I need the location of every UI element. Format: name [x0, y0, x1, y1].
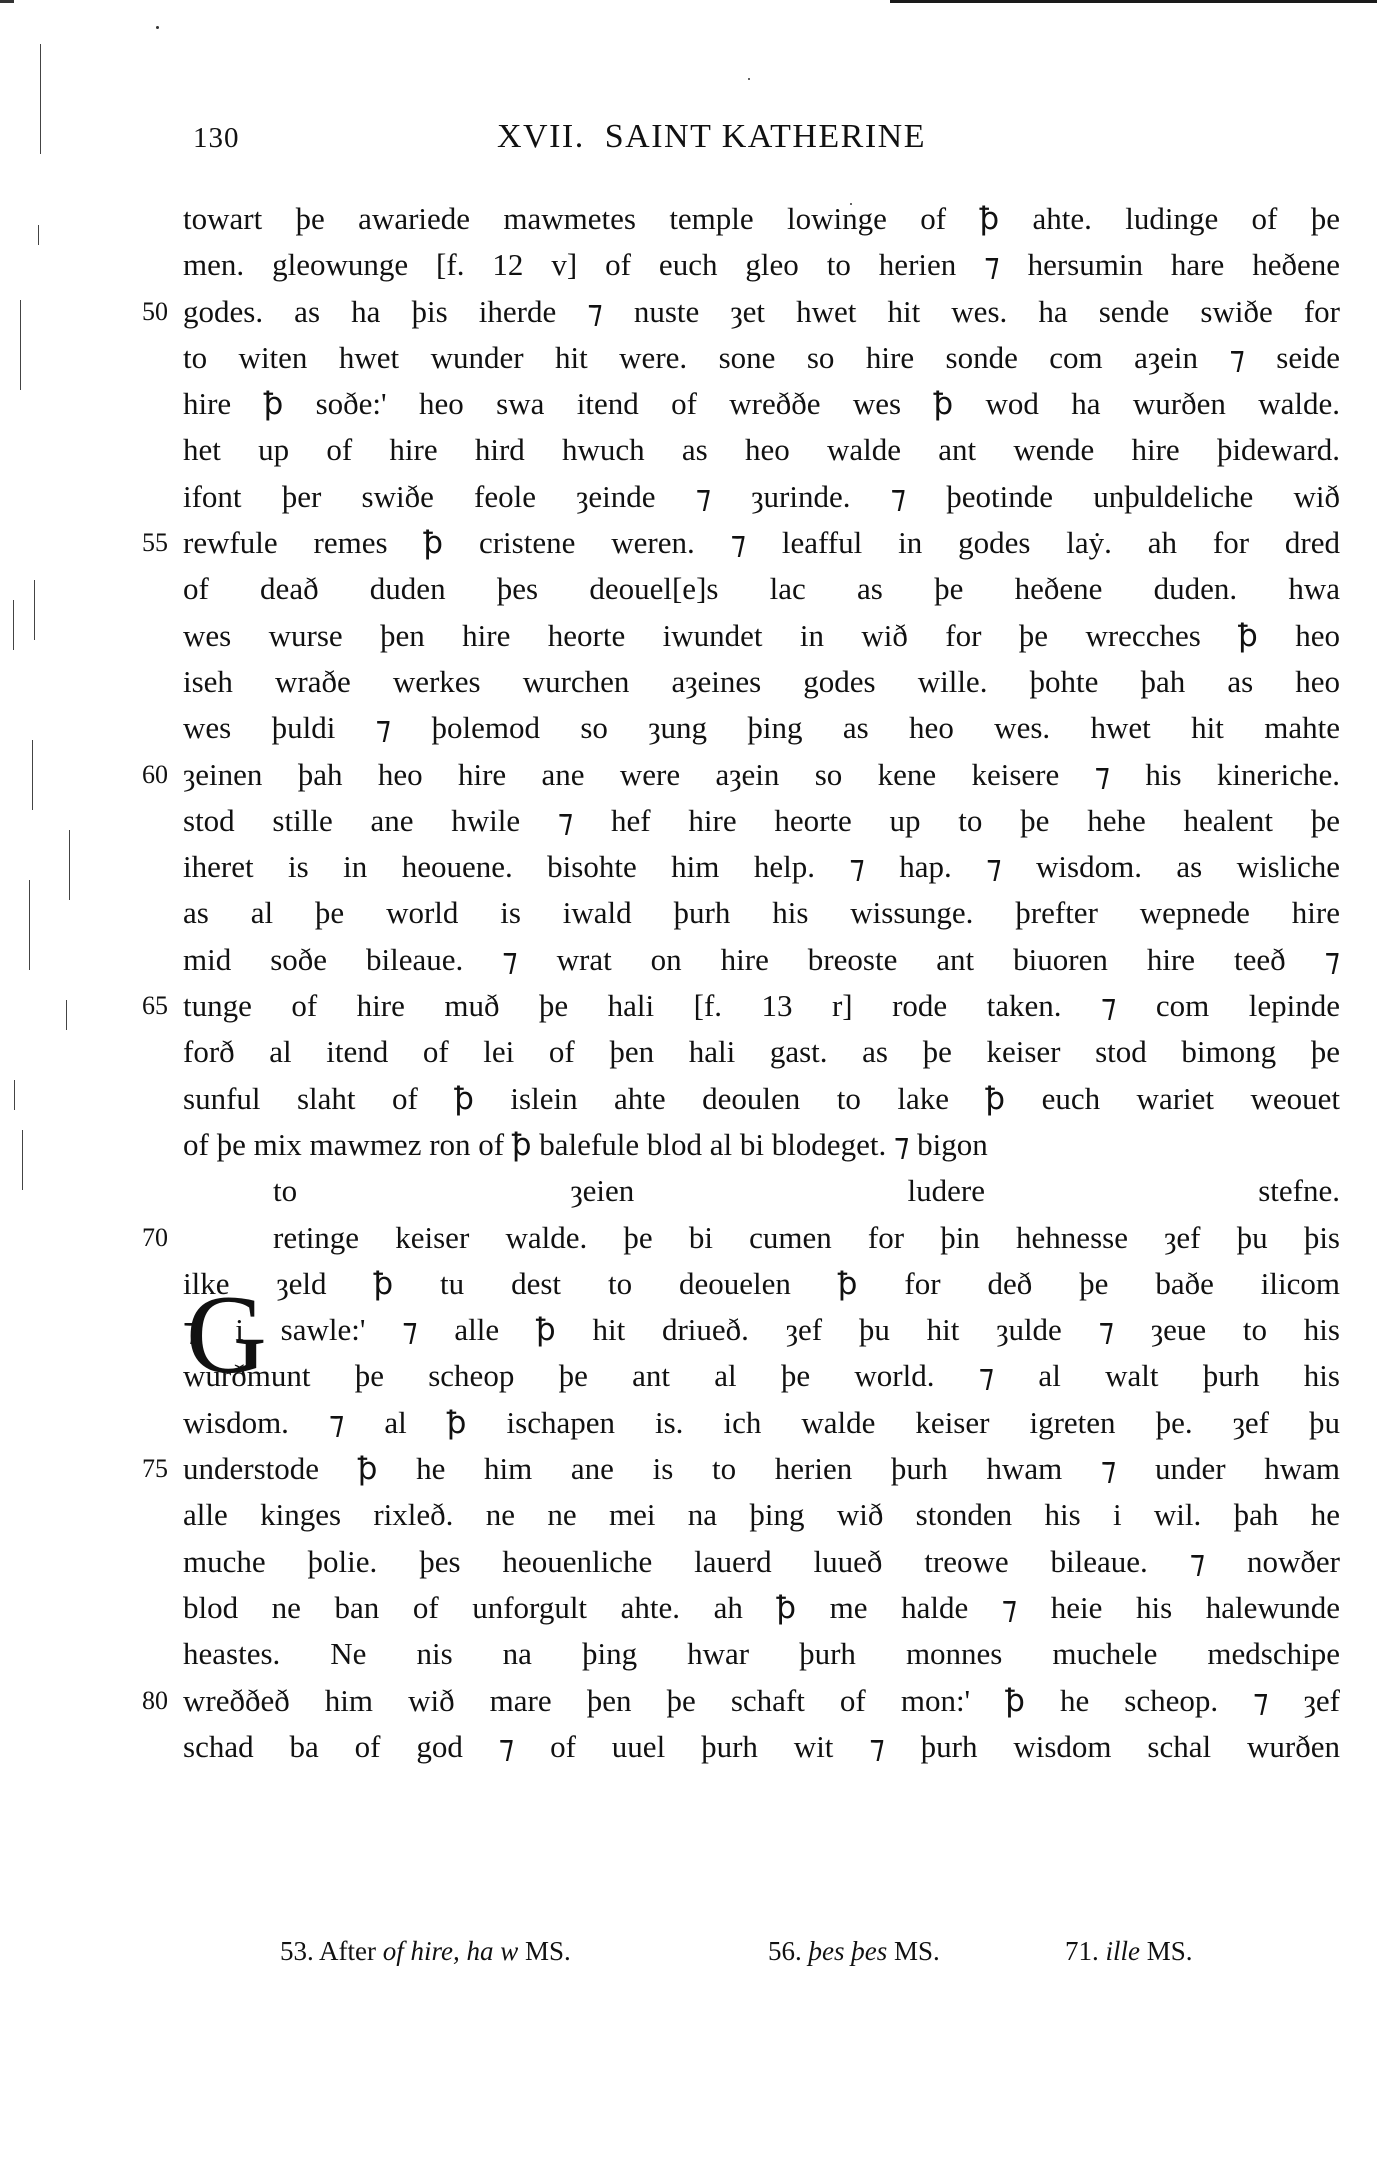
- line-text: blod ne ban of unforgult ahte. ah ꝥ me h…: [183, 1585, 1340, 1631]
- running-head-title: XVII. SAINT KATHERINE: [497, 118, 926, 156]
- footnote-italic: of hire, ha w: [383, 1936, 519, 1966]
- line-text: as al þe world is iwald þurh his wissung…: [183, 890, 1340, 936]
- text-line: wes þuldi ⁊ þolemod so ȝung þing as heo …: [0, 705, 1377, 751]
- line-text: forð al itend of lei of þen hali gast. a…: [183, 1029, 1340, 1075]
- text-line: het up of hire hird hwuch as heo walde a…: [0, 427, 1377, 473]
- line-number: 70: [142, 1215, 182, 1261]
- text-line: ⁊ i sawle:' ⁊ alle ꝥ hit driueð. ȝef þu …: [0, 1307, 1377, 1353]
- line-text: mid soðe bileaue. ⁊ wrat on hire breoste…: [183, 937, 1340, 983]
- scan-artifact: [0, 0, 14, 3]
- line-text: ⁊ i sawle:' ⁊ alle ꝥ hit driueð. ȝef þu …: [183, 1307, 1340, 1353]
- text-line: men. gleowunge [f. 12 v] of euch gleo to…: [0, 242, 1377, 288]
- line-text: alle kinges rixleð. ne ne mei na þing wi…: [183, 1492, 1340, 1538]
- body-text: towart þe awariede mawmetes temple lowin…: [0, 196, 1377, 1770]
- line-text: sunful slaht of ꝥ islein ahte deoulen to…: [183, 1076, 1340, 1122]
- text-line: 55rewfule remes ꝥ cristene weren. ⁊ leaf…: [0, 520, 1377, 566]
- text-line: iheret is in heouene. bisohte him help. …: [0, 844, 1377, 890]
- text-line: 65tunge of hire muð þe hali [f. 13 r] ro…: [0, 983, 1377, 1029]
- line-text: wreððeð him wið mare þen þe schaft of mo…: [183, 1678, 1340, 1724]
- text-line: 80wreððeð him wið mare þen þe schaft of …: [0, 1678, 1377, 1724]
- text-line: forð al itend of lei of þen hali gast. a…: [0, 1029, 1377, 1075]
- text-line: 50godes. as ha þis iherde ⁊ nuste ȝet hw…: [0, 289, 1377, 335]
- footnotes: 53. After of hire, ha w MS. 56. þes þes …: [0, 1936, 1377, 1976]
- text-line: wisdom. ⁊ al ꝥ ischapen is. ich walde ke…: [0, 1400, 1377, 1446]
- text-line: towart þe awariede mawmetes temple lowin…: [0, 196, 1377, 242]
- line-text: towart þe awariede mawmetes temple lowin…: [183, 196, 1340, 242]
- page-number: 130: [193, 122, 240, 155]
- text-line: heastes. Ne nis na þing hwar þurh monnes…: [0, 1631, 1377, 1677]
- text-line: muche þolie. þes heouenliche lauerd luue…: [0, 1539, 1377, 1585]
- text-line: stod stille ane hwile ⁊ hef hire heorte …: [0, 798, 1377, 844]
- footnote-number: 71.: [1065, 1936, 1099, 1966]
- line-text: godes. as ha þis iherde ⁊ nuste ȝet hwet…: [183, 289, 1340, 335]
- line-text: schad ba of god ⁊ of uuel þurh wit ⁊ þur…: [183, 1724, 1340, 1770]
- footnote-56: 56. þes þes MS.: [768, 1936, 940, 1967]
- line-text: understode ꝥ he him ane is to herien þur…: [183, 1446, 1340, 1492]
- footnote-53: 53. After of hire, ha w MS.: [280, 1936, 571, 1967]
- line-number: 65: [142, 983, 182, 1029]
- line-number: 50: [142, 289, 182, 335]
- line-text: to ȝeien ludere stefne.: [273, 1168, 1340, 1214]
- text-line: 70retinge keiser walde. þe bi cumen for …: [0, 1215, 1377, 1261]
- page-header: 130 XVII. SAINT KATHERINE: [0, 118, 1377, 166]
- text-line: iseh wraðe werkes wurchen aȝeines godes …: [0, 659, 1377, 705]
- text-line: 60ȝeinen þah heo hire ane were aȝein so …: [0, 752, 1377, 798]
- line-text: of deað duden þes deouel[e]s lac as þe h…: [183, 566, 1340, 612]
- line-text: iseh wraðe werkes wurchen aȝeines godes …: [183, 659, 1340, 705]
- text-line: sunful slaht of ꝥ islein ahte deoulen to…: [0, 1076, 1377, 1122]
- line-text: men. gleowunge [f. 12 v] of euch gleo to…: [183, 242, 1340, 288]
- line-text: tunge of hire muð þe hali [f. 13 r] rode…: [183, 983, 1340, 1029]
- line-text: muche þolie. þes heouenliche lauerd luue…: [183, 1539, 1340, 1585]
- line-text: to witen hwet wunder hit were. sone so h…: [183, 335, 1340, 381]
- line-text: of þe mix mawmez ron of ꝥ balefule blod …: [183, 1122, 1340, 1168]
- line-text: ilke ȝeld ꝥ tu dest to deouelen ꝥ for de…: [183, 1261, 1340, 1307]
- text-line: alle kinges rixleð. ne ne mei na þing wi…: [0, 1492, 1377, 1538]
- line-text: iheret is in heouene. bisohte him help. …: [183, 844, 1340, 890]
- text-line: blod ne ban of unforgult ahte. ah ꝥ me h…: [0, 1585, 1377, 1631]
- text-line: mid soðe bileaue. ⁊ wrat on hire breoste…: [0, 937, 1377, 983]
- line-number: 55: [142, 520, 182, 566]
- text-line: 75understode ꝥ he him ane is to herien þ…: [0, 1446, 1377, 1492]
- text-line: wurðmunt þe scheop þe ant al þe world. ⁊…: [0, 1353, 1377, 1399]
- text-line: of deað duden þes deouel[e]s lac as þe h…: [0, 566, 1377, 612]
- text-line: hire ꝥ soðe:' heo swa itend of wreððe we…: [0, 381, 1377, 427]
- line-number: 80: [142, 1678, 182, 1724]
- line-text: stod stille ane hwile ⁊ hef hire heorte …: [183, 798, 1340, 844]
- line-number: 75: [142, 1446, 182, 1492]
- line-text: wisdom. ⁊ al ꝥ ischapen is. ich walde ke…: [183, 1400, 1340, 1446]
- text-line: wes wurse þen hire heorte iwundet in wið…: [0, 613, 1377, 659]
- footnote-number: 56.: [768, 1936, 802, 1966]
- line-text: rewfule remes ꝥ cristene weren. ⁊ leaffu…: [183, 520, 1340, 566]
- line-text: wes þuldi ⁊ þolemod so ȝung þing as heo …: [183, 705, 1340, 751]
- line-text: wurðmunt þe scheop þe ant al þe world. ⁊…: [183, 1353, 1340, 1399]
- line-number: 60: [142, 752, 182, 798]
- line-text: retinge keiser walde. þe bi cumen for þi…: [273, 1215, 1340, 1261]
- text-line: schad ba of god ⁊ of uuel þurh wit ⁊ þur…: [0, 1724, 1377, 1770]
- text-line: of þe mix mawmez ron of ꝥ balefule blod …: [0, 1122, 1377, 1168]
- text-line: to witen hwet wunder hit were. sone so h…: [0, 335, 1377, 381]
- footnote-italic: þes þes: [809, 1936, 888, 1966]
- text-line: ilke ȝeld ꝥ tu dest to deouelen ꝥ for de…: [0, 1261, 1377, 1307]
- text-line: as al þe world is iwald þurh his wissung…: [0, 890, 1377, 936]
- scan-speck: [748, 78, 750, 80]
- footnote-71: 71. ille MS.: [1065, 1936, 1193, 1967]
- line-text: ifont þer swiðe feole ȝeinde ⁊ ȝurinde. …: [183, 474, 1340, 520]
- line-text: wes wurse þen hire heorte iwundet in wið…: [183, 613, 1340, 659]
- footnote-italic: ille: [1106, 1936, 1141, 1966]
- scan-speck: [156, 26, 159, 29]
- scan-artifact-top-edge: [890, 0, 1377, 3]
- text-line: to ȝeien ludere stefne.: [0, 1168, 1377, 1214]
- footnote-number: 53.: [280, 1936, 314, 1966]
- line-text: ȝeinen þah heo hire ane were aȝein so ke…: [183, 752, 1340, 798]
- line-text: hire ꝥ soðe:' heo swa itend of wreððe we…: [183, 381, 1340, 427]
- text-line: ifont þer swiðe feole ȝeinde ⁊ ȝurinde. …: [0, 474, 1377, 520]
- line-text: heastes. Ne nis na þing hwar þurh monnes…: [183, 1631, 1340, 1677]
- line-text: het up of hire hird hwuch as heo walde a…: [183, 427, 1340, 473]
